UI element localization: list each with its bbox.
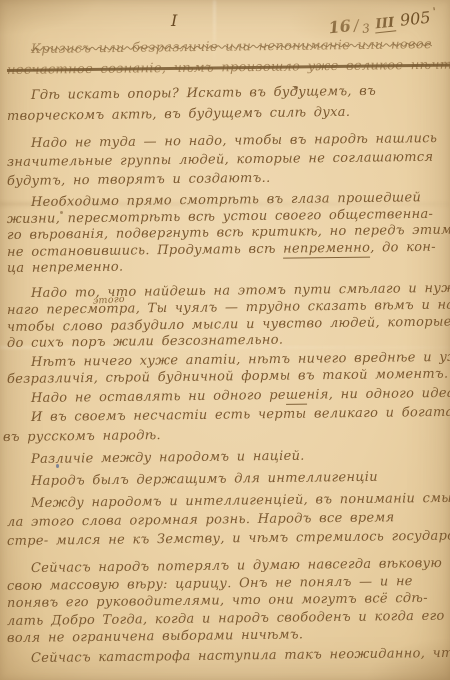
crossed-out-line: несчастное сознаніе, чѣмъ произошло уже …	[7, 58, 450, 80]
paragraph: Различіе между народомъ и націей.	[7, 452, 450, 469]
handwritten-line: въ русскомъ народѣ.	[3, 425, 450, 447]
date-day: 16	[327, 16, 351, 37]
line-segment: не остановившись. Продумать всѣ	[7, 241, 283, 259]
paragraph: Сейчасъ катастрофа наступила такъ неожид…	[7, 651, 450, 668]
date-year: 905	[399, 8, 431, 30]
interlinear-insertion: этого	[92, 292, 125, 309]
line-segment: , до кон-	[370, 239, 436, 255]
date-month-roman: III	[373, 14, 396, 33]
handwritten-line: Сейчасъ катастрофа наступила такъ неожид…	[31, 646, 450, 668]
paragraph: Народъ былъ держащимъ для интеллигенціи	[7, 474, 450, 491]
underlined-word: ше	[286, 388, 307, 405]
crossed-out-paragraph: несчастное сознаніе, чѣмъ произошло уже …	[7, 63, 450, 80]
manuscript-page: I 16 / 3 III 905 ' Кризисъ или безразлич…	[0, 0, 450, 680]
crossed-out-paragraph: Кризисъ или безразличіе или непониманіе …	[7, 42, 450, 59]
date-month-number: 3	[361, 21, 370, 36]
line-segment: нія, ни одного идеала	[306, 386, 450, 403]
paragraph: Гдѣ искать опоры? Искать въ будущемъ, въ…	[7, 88, 450, 126]
handwritten-line: творческомъ актѣ, въ будущемъ силѣ духа.	[7, 104, 450, 126]
date-slash: /	[352, 16, 359, 34]
handwritten-line: Различіе между народомъ и націей.	[31, 447, 450, 469]
handwritten-line: Гдѣ искать опоры? Искать въ будущемъ, въ	[31, 83, 450, 105]
date-tick-mark: '	[432, 5, 436, 18]
paragraph: Надо не туда — но надо, чтобы въ народѣ …	[7, 136, 450, 191]
handwritten-line: Народъ былъ держащимъ для интеллигенціи	[31, 469, 450, 491]
paragraph: Надо то, что найдешь на этомъ пути смѣла…	[7, 286, 450, 353]
paragraph: Нѣтъ ничего хуже апатіи, нѣтъ ничего вре…	[7, 355, 450, 389]
paragraph: Между народомъ и интеллигенціей, въ пони…	[7, 496, 450, 551]
handwritten-line: И въ своемъ несчастіи есть черты великаг…	[31, 405, 450, 427]
paragraph: И въ своемъ несчастіи есть черты великаг…	[7, 410, 450, 447]
underlined-word: непременно	[283, 240, 370, 258]
handwritten-line: стре- мился не къ Земству, и чѣмъ стреми…	[7, 529, 450, 551]
line-segment: Надо не оставлять ни одного ре	[31, 388, 286, 406]
paragraph: Необходимо прямо смотрѣть въ глаза проше…	[7, 195, 450, 278]
date-annotation: 16 / 3 III 905 '	[327, 7, 437, 38]
paragraph: Сейчасъ народъ потерялъ и думаю навсегда…	[7, 561, 450, 648]
crossed-out-line: Кризисъ или безразличіе или непониманіе …	[31, 37, 450, 59]
section-numeral: I	[171, 11, 178, 30]
handwritten-line: будутъ, но творятъ и создаютъ..	[7, 169, 450, 191]
